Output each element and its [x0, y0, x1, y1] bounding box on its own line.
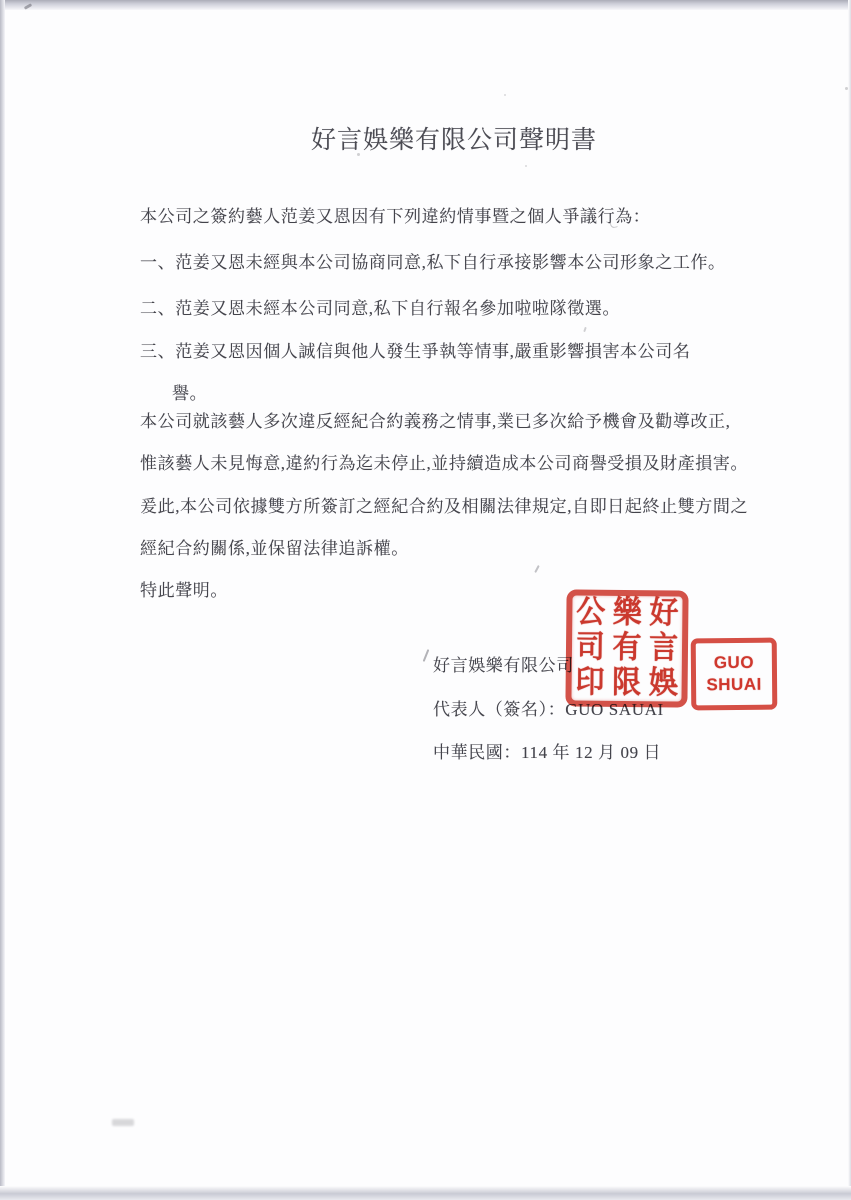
document-title: 好言娛樂有限公司聲明書	[311, 120, 597, 156]
name-seal-line-1: GUO	[714, 652, 754, 674]
name-seal-line-2: SHUAI	[706, 674, 762, 697]
company-seal-char: 公	[572, 594, 609, 632]
scan-speck	[534, 565, 540, 573]
scan-speck	[112, 1119, 134, 1126]
scan-speck	[504, 94, 506, 96]
statement-item-1: 一、范姜又恩未經與本公司協商同意,私下自行承接影響本公司形象之工作。	[140, 252, 726, 273]
statement-item-3-line-1: 三、范姜又恩因個人誠信與他人發生爭執等情事,嚴重影響損害本公司名	[140, 341, 690, 362]
company-seal-char: 好	[645, 595, 682, 633]
closing-statement: 特此聲明。	[140, 580, 228, 601]
company-seal-char: 樂	[609, 594, 646, 632]
statement-item-3-line-2: 譽。	[172, 383, 207, 404]
representative-name-seal-stamp: GUO SHUAI	[691, 638, 778, 711]
signature-date: 中華民國：114 年 12 月 09 日	[433, 742, 661, 763]
paragraph-termination-line-2: 經紀合約關係,並保留法律追訴權。	[140, 538, 409, 559]
company-seal-char: 限	[608, 664, 645, 702]
scan-edge-left	[0, 0, 5, 1200]
scan-speck	[525, 165, 527, 167]
scan-speck	[845, 87, 848, 90]
paragraph-warning-line-2: 惟該藝人未見悔意,違約行為迄未停止,並持續造成本公司商譽受損及財產損害。	[140, 453, 748, 474]
signature-company-name: 好言娛樂有限公司	[433, 655, 574, 676]
company-seal-char: 言	[645, 630, 682, 668]
company-seal-char: 娛	[645, 665, 682, 703]
scan-speck	[583, 327, 587, 332]
statement-item-2: 二、范姜又恩未經本公司同意,私下自行報名參加啦啦隊徵選。	[140, 298, 620, 319]
scanned-declaration-document: 好言娛樂有限公司聲明書 本公司之簽約藝人范姜又恩因有下列違約情事暨之個人爭議行為…	[0, 0, 851, 1200]
scan-edge-bottom	[0, 1186, 851, 1200]
scan-edge-top	[0, 0, 851, 10]
paragraph-warning-line-1: 本公司就該藝人多次違反經紀合約義務之情事,業已多次給予機會及勸導改正,	[140, 411, 731, 432]
company-seal-char: 司	[572, 629, 609, 667]
company-seal-stamp: 公 樂 好 司 有 言 印 限 娛	[565, 589, 688, 707]
statement-intro: 本公司之簽約藝人范姜又恩因有下列違約情事暨之個人爭議行為：	[140, 206, 650, 227]
scan-speck	[24, 3, 32, 10]
paragraph-termination-line-1: 爰此,本公司依據雙方所簽訂之經紀合約及相關法律規定,自即日起終止雙方間之	[140, 496, 748, 517]
scan-speck	[423, 649, 430, 662]
company-seal-char: 印	[571, 664, 608, 702]
company-seal-char: 有	[608, 629, 645, 667]
